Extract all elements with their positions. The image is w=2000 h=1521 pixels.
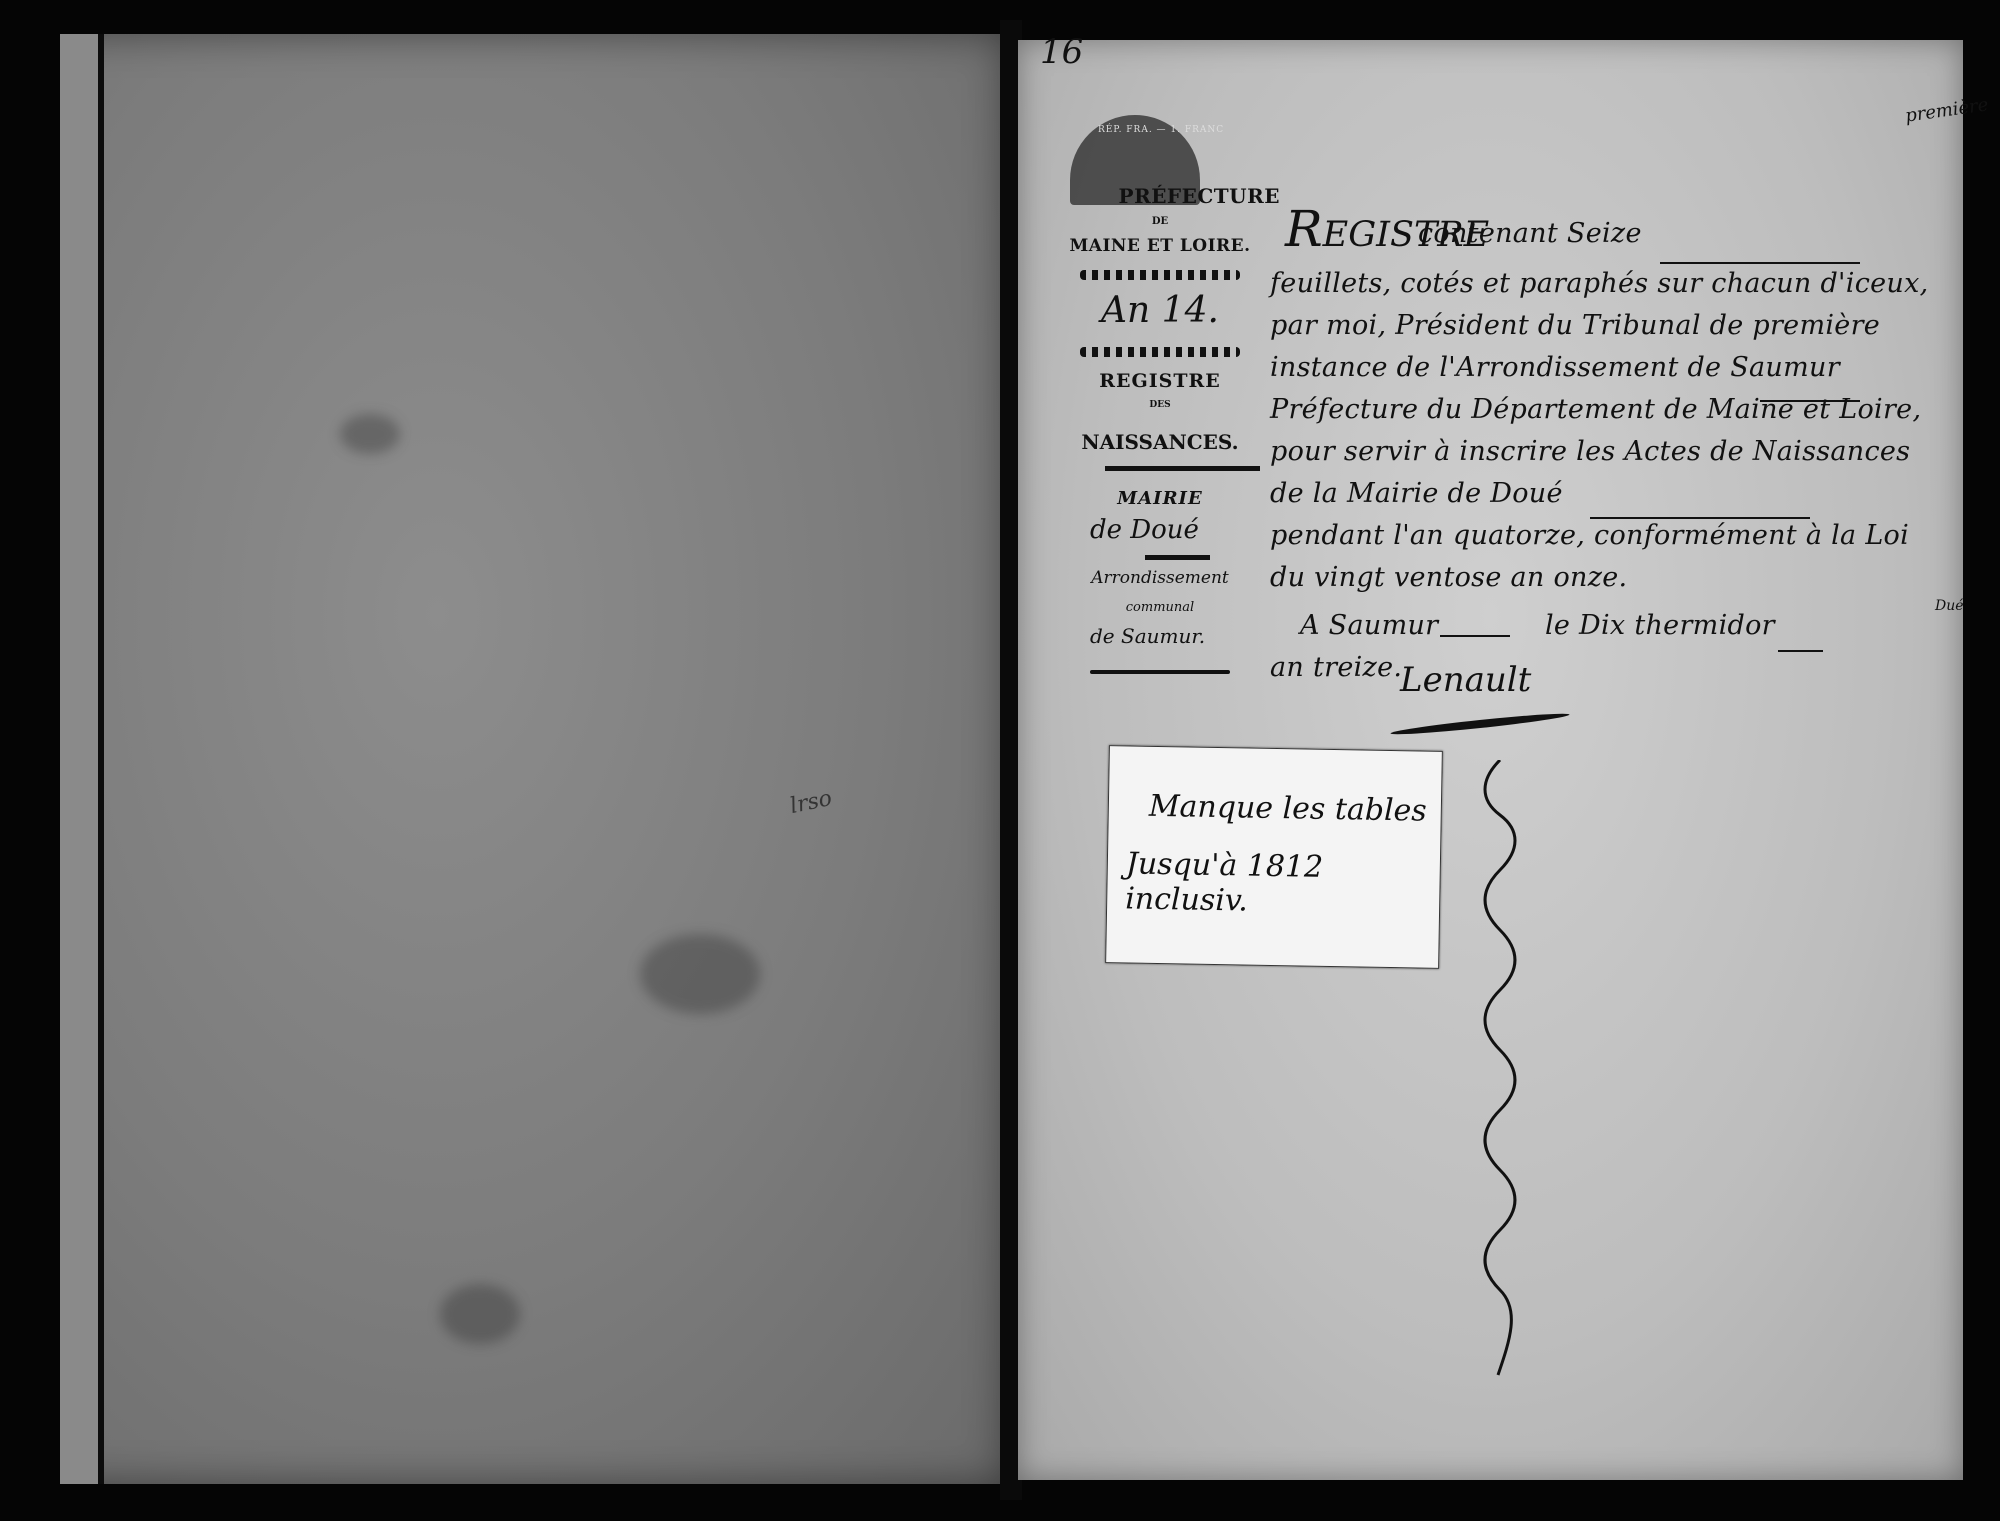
body-line: A Saumur le Dix thermidor [1300, 610, 1775, 641]
signature: Lenault [1400, 660, 1531, 700]
sidebar-naissances: NAISSANCES. [1060, 430, 1260, 454]
left-page [60, 34, 1005, 1484]
body-line: Préfecture du Département de Maine et Lo… [1270, 394, 1921, 425]
sidebar-department: MAINE ET LOIRE. [1060, 236, 1260, 256]
pasted-note: Manque les tables Jusqu'à 1812 inclusiv. [1105, 745, 1443, 969]
note-line: Manque les tables [1149, 789, 1427, 829]
sidebar-mairie-value: de Doué [1090, 515, 1199, 545]
stain [440, 1284, 520, 1344]
sidebar-de: DE [1060, 216, 1260, 227]
body-line: par moi, Président du Tribunal de premiè… [1270, 310, 1880, 341]
stain [340, 414, 400, 454]
body-line: contenant Seize [1418, 218, 1642, 249]
sidebar-arrondissement: Arrondissement [1060, 568, 1260, 588]
fill-in-line [1590, 517, 1810, 519]
rule-divider [1105, 466, 1260, 471]
sidebar-arrondissement-value: de Saumur. [1090, 624, 1205, 648]
body-line: pendant l'an quatorze, conformément à la… [1270, 520, 1909, 551]
wavy-annotation-line [1470, 760, 1530, 1380]
body-line: feuillets, cotés et paraphés sur chacun … [1270, 268, 1929, 299]
sidebar-mairie-label: MAIRIE [1060, 488, 1260, 509]
stamp-text: RÉP. FRA. — 1. FRANC [1098, 125, 1224, 135]
left-page-margin [60, 34, 100, 1484]
stain [640, 934, 760, 1014]
fill-in-line [1778, 650, 1823, 652]
body-line: instance de l'Arrondissement de Saumur [1270, 352, 1840, 383]
fill-in-line [1440, 635, 1510, 637]
body-line: an treize. [1270, 652, 1402, 683]
wavy-divider [1080, 347, 1240, 357]
wavy-divider [1080, 270, 1240, 280]
sidebar-year: An 14. [1060, 290, 1260, 331]
fill-in-line [1660, 262, 1860, 264]
sidebar-registre: REGISTRE [1060, 370, 1260, 392]
note-line: Jusqu'à 1812 inclusiv. [1125, 846, 1440, 921]
sidebar-communal: communal [1060, 600, 1260, 615]
body-line: du vingt ventose an onze. [1270, 562, 1627, 593]
sidebar-des: DES [1060, 400, 1260, 410]
edge-annotation: Dué [1935, 598, 1964, 614]
page-number: 16 [1040, 32, 1083, 72]
body-line: de la Mairie de Doué [1270, 478, 1563, 509]
rule-divider [1145, 555, 1210, 560]
left-page-fold-line [98, 34, 104, 1484]
body-line: pour servir à inscrire les Actes de Nais… [1270, 436, 1910, 467]
sidebar-prefecture: PRÉFECTURE [1110, 184, 1280, 208]
flourish-divider [1090, 670, 1230, 674]
